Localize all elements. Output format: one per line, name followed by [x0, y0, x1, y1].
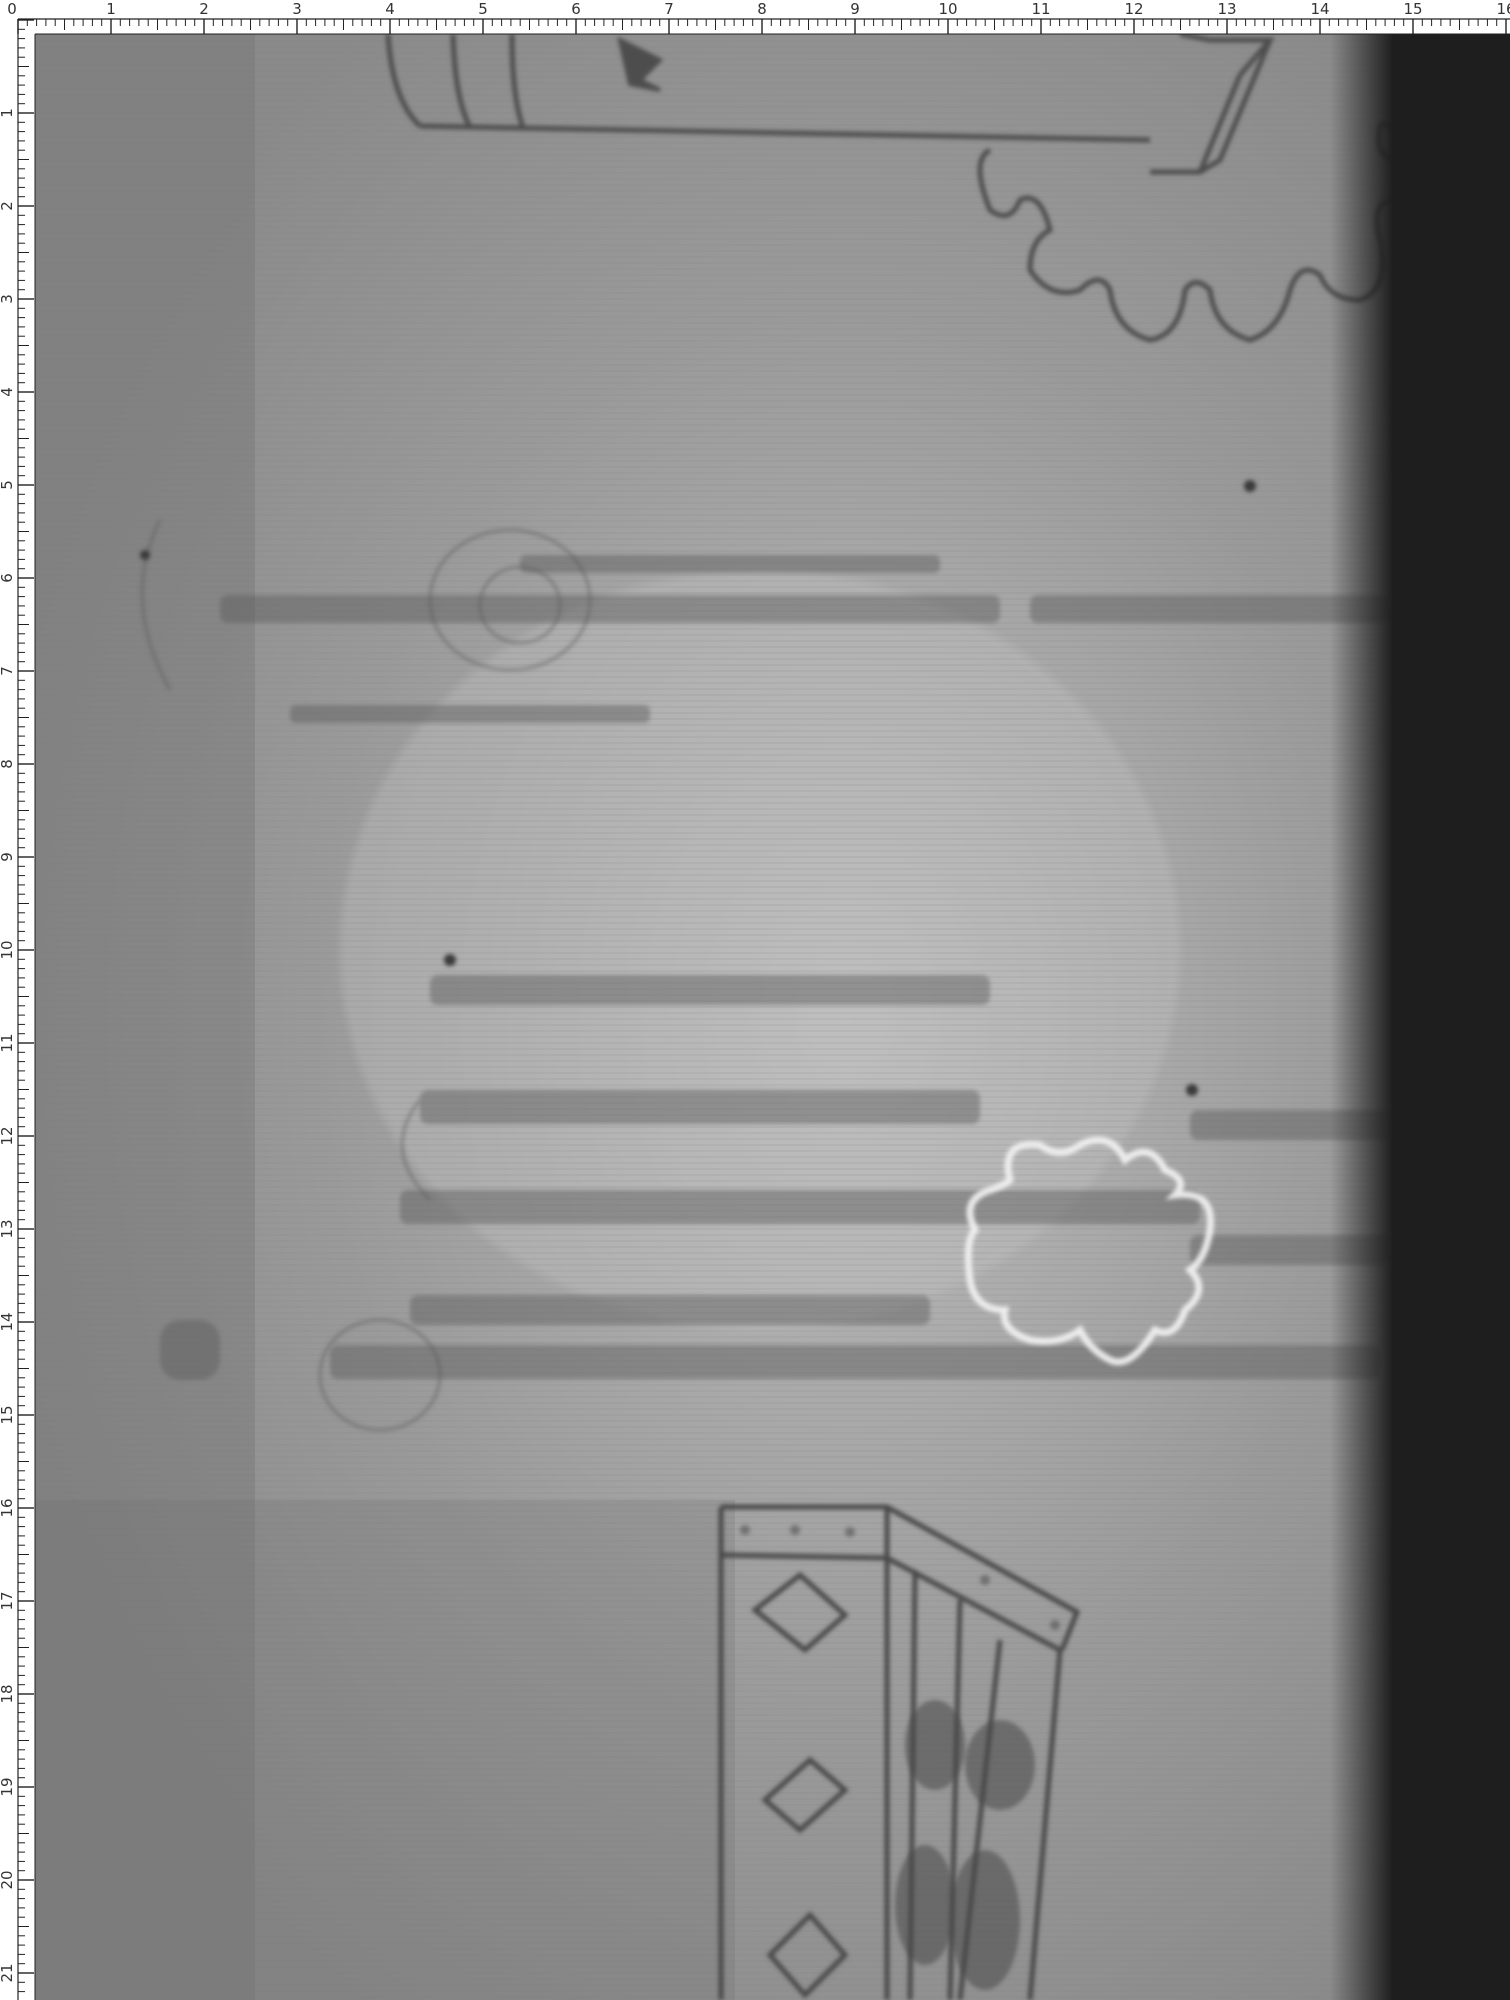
- ruler-label: 6: [0, 573, 16, 583]
- ruler-scales: 0123456789101112131415161234567891011121…: [0, 0, 1510, 2000]
- ruler-label: 3: [292, 0, 302, 18]
- ruler-label: 4: [0, 387, 16, 397]
- ruler-label: 0: [7, 0, 17, 18]
- ruler-label: 1: [106, 0, 116, 18]
- ruler-label: 21: [0, 1963, 16, 1982]
- ruler-label: 11: [0, 1033, 16, 1052]
- ruler-label: 10: [938, 0, 957, 18]
- ruler-label: 5: [478, 0, 488, 18]
- ruler-label: 1: [0, 108, 16, 118]
- ruler-label: 14: [1310, 0, 1329, 18]
- ruler-label: 11: [1031, 0, 1050, 18]
- ruler-label: 16: [0, 1498, 16, 1517]
- ruler-label: 14: [0, 1312, 16, 1331]
- ruler-label: 6: [571, 0, 581, 18]
- ruler-label: 12: [0, 1126, 16, 1145]
- ruler-label: 2: [199, 0, 209, 18]
- ruler-label: 3: [0, 294, 16, 304]
- ruler-label: 16: [1496, 0, 1510, 18]
- ruler-label: 4: [385, 0, 395, 18]
- ruler-label: 2: [0, 201, 16, 211]
- ruler-label: 13: [0, 1219, 16, 1238]
- ruler-label: 8: [0, 759, 16, 769]
- ruler-label: 17: [0, 1591, 16, 1610]
- ruler-label: 8: [757, 0, 767, 18]
- ruler-label: 7: [664, 0, 674, 18]
- ruler-label: 19: [0, 1777, 16, 1796]
- ruler-label: 9: [850, 0, 860, 18]
- ruler-label: 5: [0, 480, 16, 490]
- ruler-label: 9: [0, 852, 16, 862]
- ruler-label: 12: [1124, 0, 1143, 18]
- ruler-label: 10: [0, 940, 16, 959]
- ruler-label: 15: [0, 1405, 16, 1424]
- ruler-label: 15: [1403, 0, 1422, 18]
- ruler-label: 7: [0, 666, 16, 676]
- ruler-label: 20: [0, 1870, 16, 1889]
- ruler-label: 18: [0, 1684, 16, 1703]
- ruler-label: 13: [1217, 0, 1236, 18]
